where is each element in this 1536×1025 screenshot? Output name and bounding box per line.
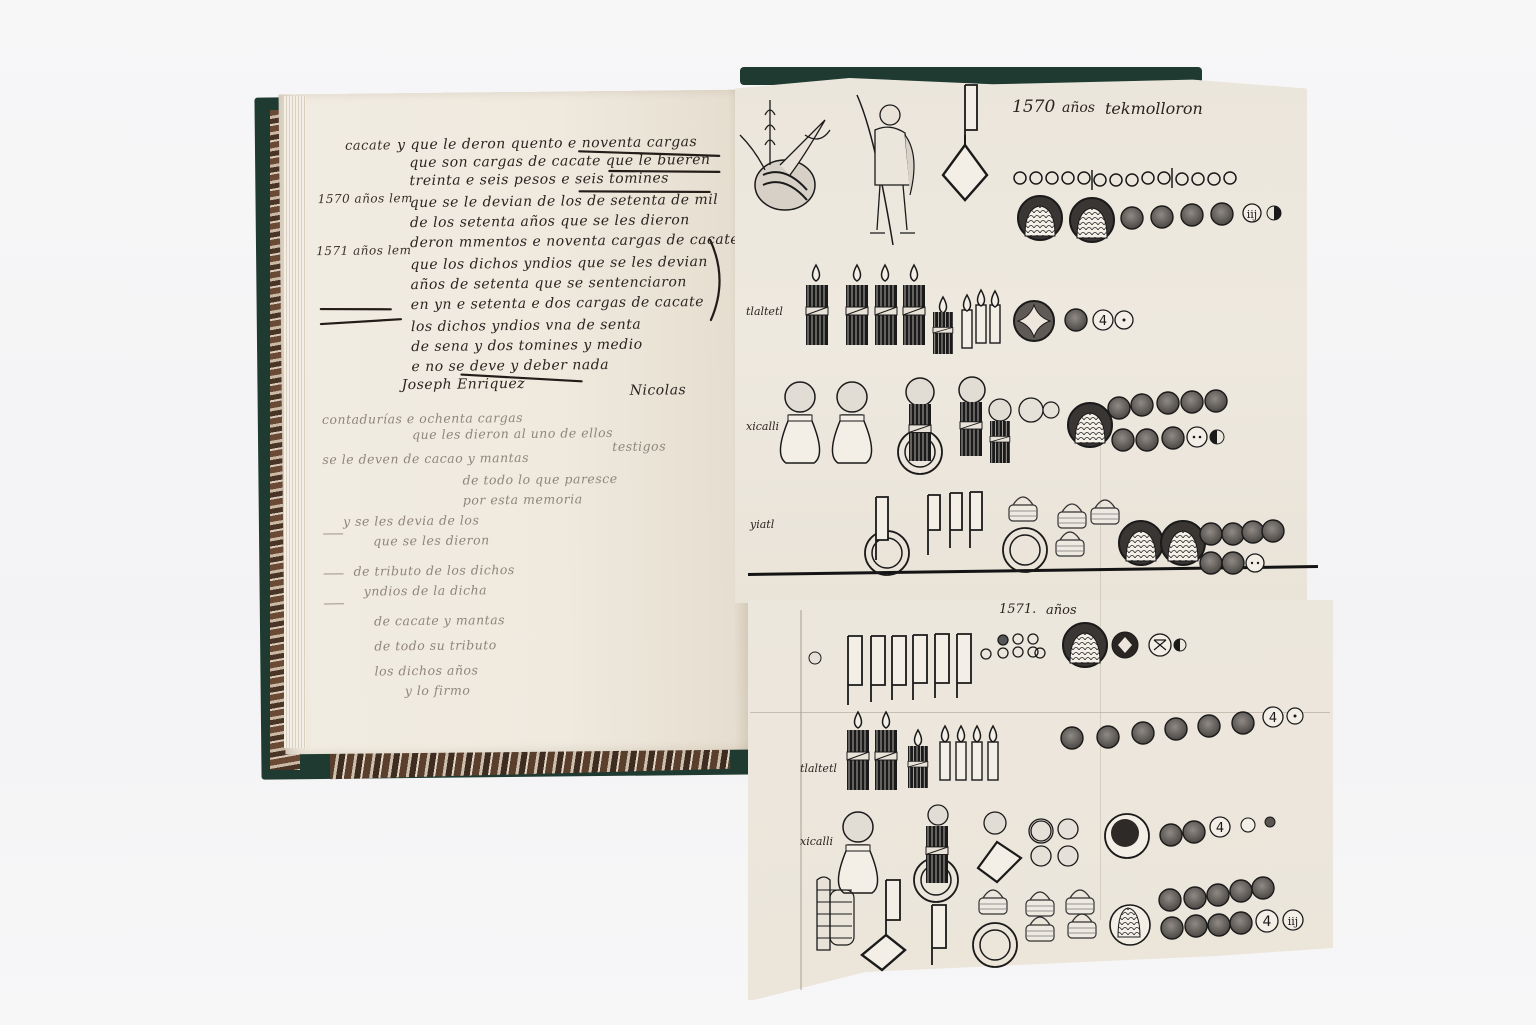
svg-text:iij: iij	[1288, 915, 1298, 928]
pictographs: iij 4	[0, 0, 1536, 1025]
svg-text:4: 4	[1269, 711, 1277, 726]
flag-diamond-glyph	[943, 85, 987, 200]
svg-text:4: 4	[1099, 314, 1107, 329]
flags-row	[848, 634, 971, 705]
plant-shield-glyph	[740, 100, 830, 210]
jade-glyph	[1070, 198, 1114, 242]
svg-text:4: 4	[1216, 821, 1224, 836]
human-figure-glyph	[857, 95, 915, 245]
svg-text:iij: iij	[1247, 208, 1257, 221]
feather-bundles-row	[806, 265, 1000, 354]
sacks-row	[780, 377, 1059, 474]
jade-glyph	[1018, 196, 1062, 240]
shield-star-glyph	[1014, 301, 1054, 341]
tally-circles-row	[1014, 168, 1236, 190]
svg-text:4: 4	[1263, 914, 1272, 930]
